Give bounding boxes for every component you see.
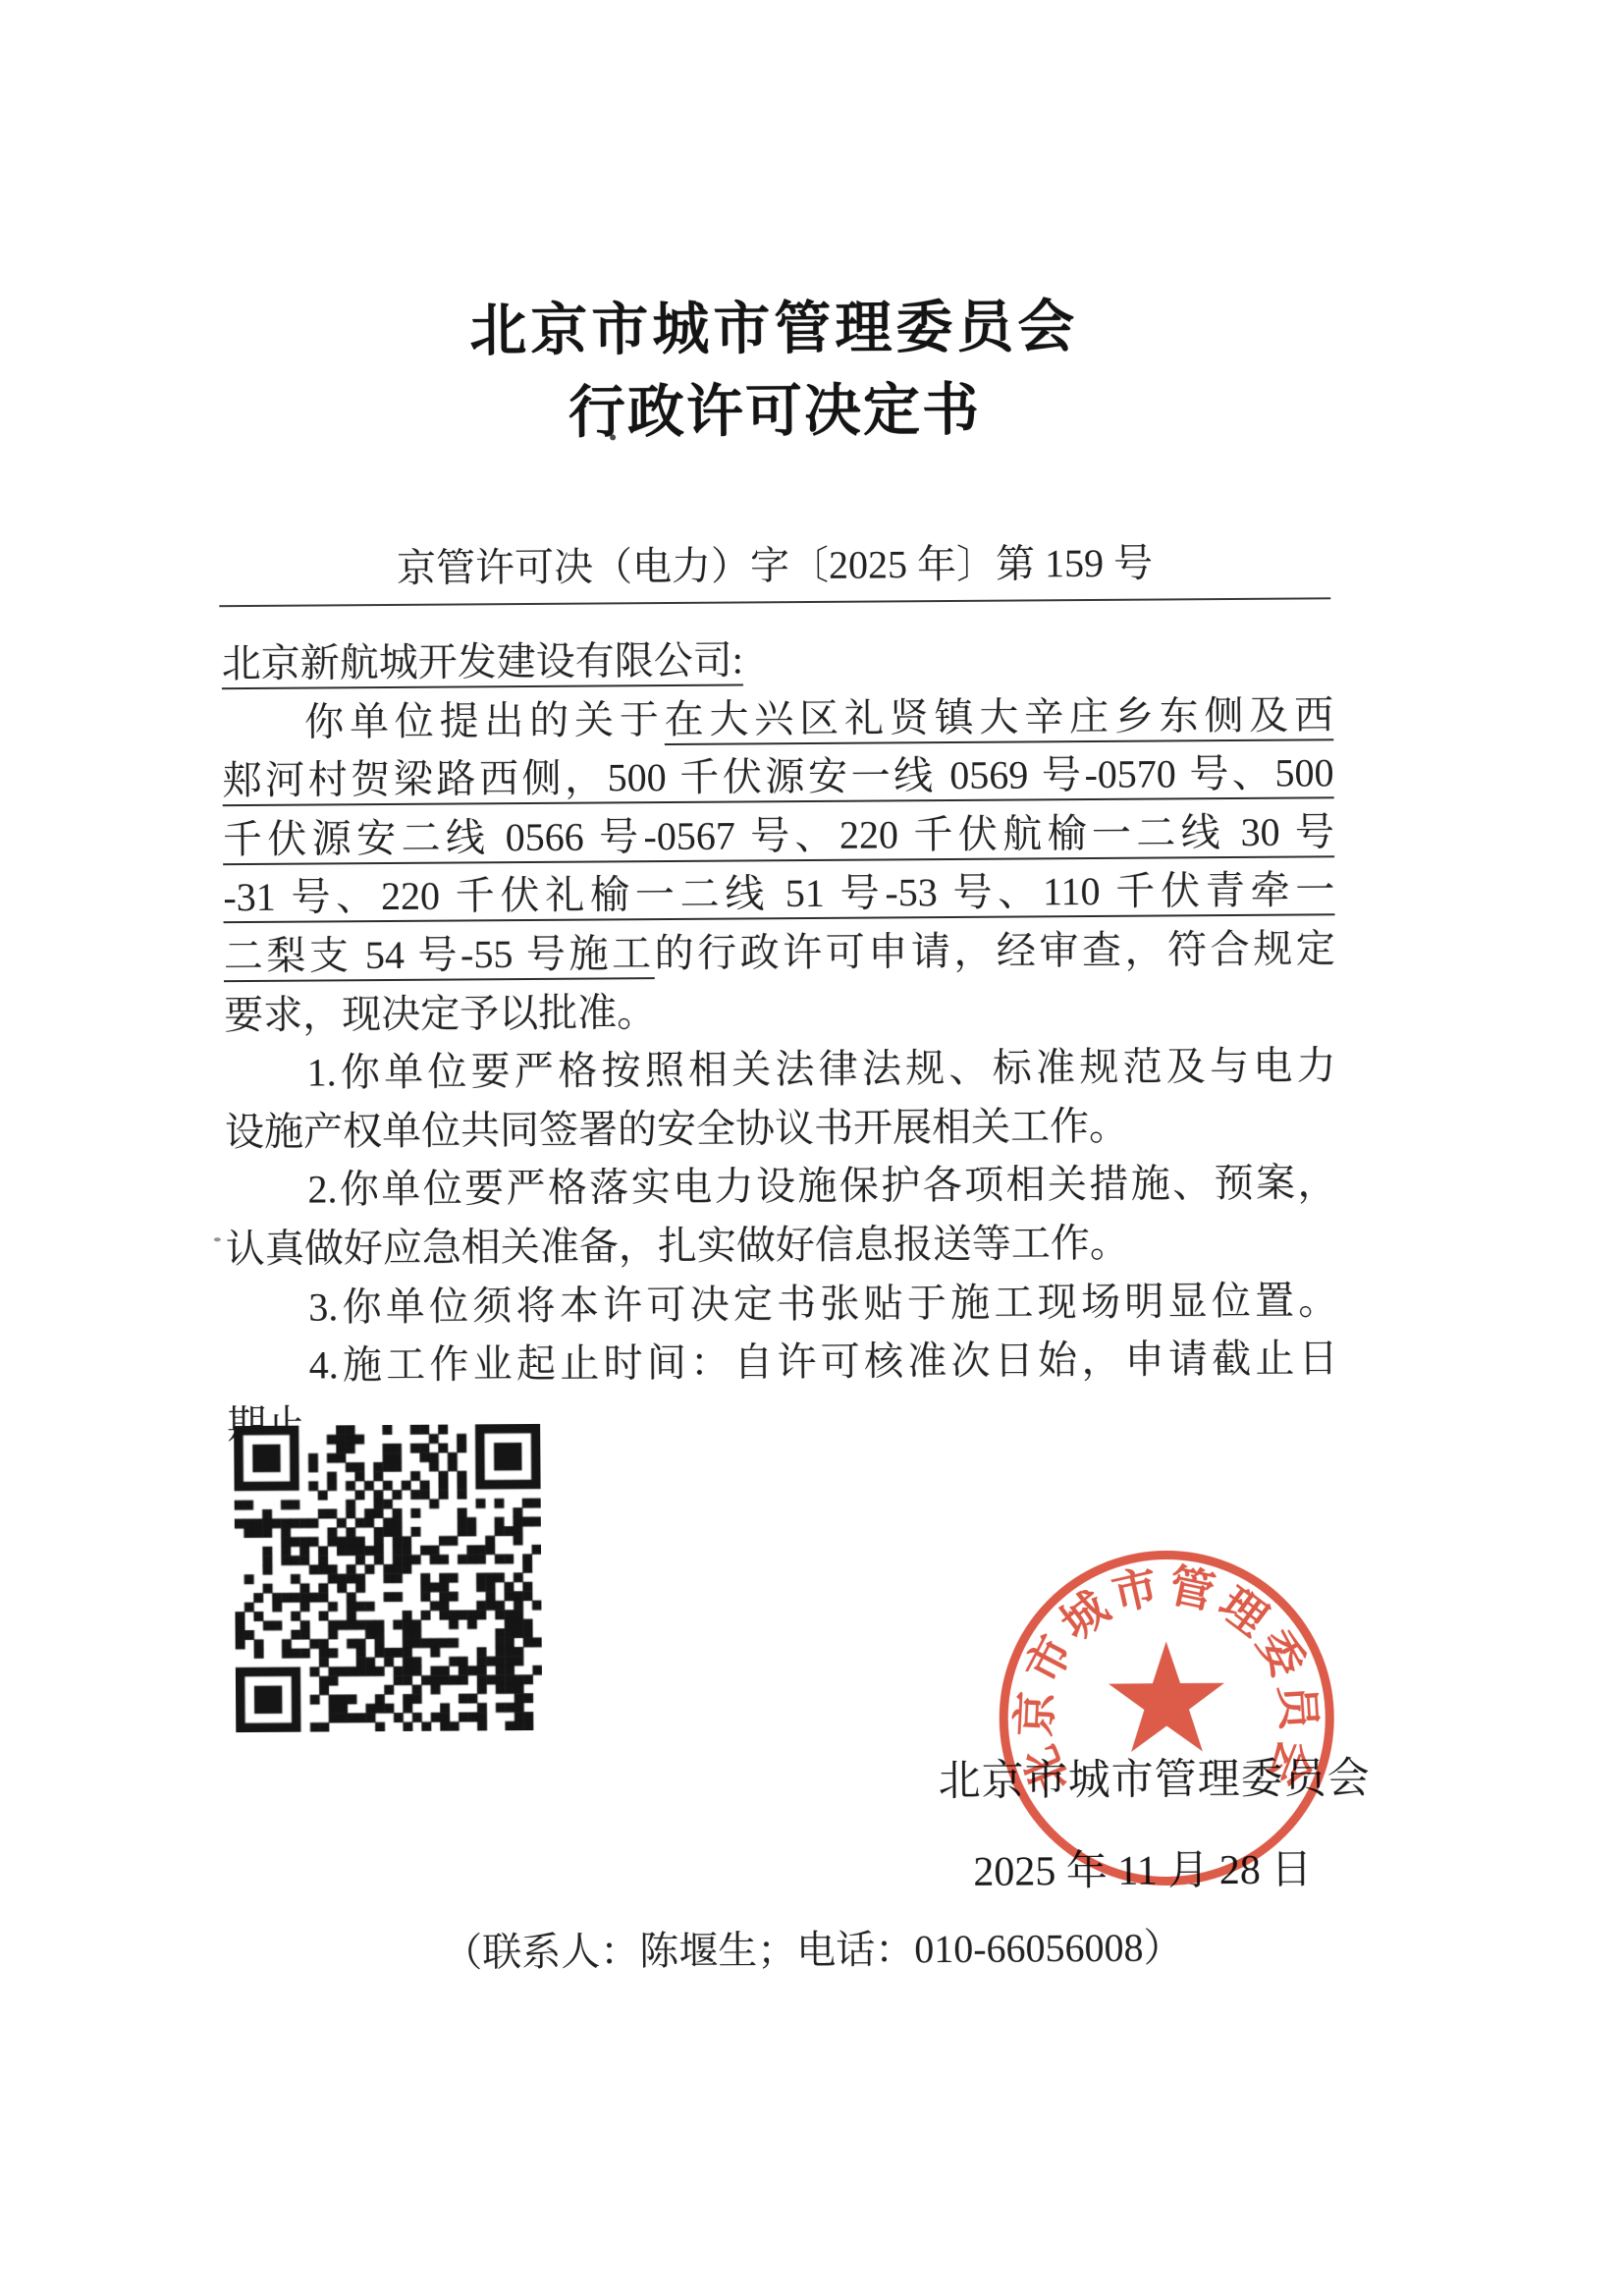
body-line: 你单位提出的关于在大兴区礼贤镇大辛庄乡东侧及西 [222,685,1333,751]
body-line: 二梨支 54 号-55 号施工的行政许可申请，经审查，符合规定 [224,919,1335,985]
underlined-text: 千伏源安二线 0566 号-0567 号、220 千伏航榆一二线 30 号 [223,809,1334,861]
page-title-doc-type: 行政许可决定书 [220,373,1329,450]
underlined-text: 郏河村贺梁路西侧，500 千伏源安一线 0569 号-0570 号、500 [222,750,1333,802]
doc-number: 京管许可决（电力）字〔2025 年〕第 159 号 [219,534,1330,607]
body-line: 要求，现决定予以批准。 [224,978,1335,1044]
body-line: 郏河村贺梁路西侧，500 千伏源安一线 0569 号-0570 号、500 [222,743,1333,809]
plain-text: 要求，现决定予以批准。 [224,990,656,1037]
scan-speck [214,1237,221,1241]
underlined-text: 北京新航城开发建设有限公司: [222,637,743,685]
body-line: 设施产权单位共同签署的安全协议书开展相关工作。 [225,1095,1336,1161]
plain-text: 1.你单位要严格按照相关法律法规、标准规范及与电力 [306,1043,1335,1094]
scanned-sheet: 北京市城市管理委员会 行政许可决定书 京管许可决（电力）字〔2025 年〕第 1… [0,0,1623,2296]
body-line: 4.施工作业起止时间：自许可核准次日始，申请截止日 [227,1329,1338,1394]
contact-line: （联系人：陈堰生；电话：010-66056008） [231,1921,1395,1980]
body-line: -31 号、220 千伏礼榆一二线 51 号-53 号、110 千伏青牵一 [223,861,1334,927]
underlined-text: 在大兴区礼贤镇大辛庄乡东侧及西 [665,692,1334,741]
underlined-text: 二梨支 54 号-55 号施工 [224,931,655,978]
plain-text: 你单位提出的关于 [304,697,665,744]
seal-star [1109,1641,1225,1752]
body-text: 北京新航城开发建设有限公司:你单位提出的关于在大兴区礼贤镇大辛庄乡东侧及西郏河村… [222,627,1339,1453]
document-page: 北京市城市管理委员会 行政许可决定书 京管许可决（电力）字〔2025 年〕第 1… [0,0,1623,2296]
scan-speck [610,434,616,440]
body-line: 3.你单位须将本许可决定书张贴于施工现场明显位置。 [226,1271,1337,1337]
plain-text: 的行政许可申请，经审查，符合规定 [654,926,1335,975]
plain-text: 2.你单位要严格落实电力设施保护各项相关措施、预案， [307,1161,1336,1212]
body-line: 1.你单位要严格按照相关法律法规、标准规范及与电力 [224,1036,1335,1102]
official-seal: 北京市城市管理委员会 [984,1535,1350,1901]
qr-code [234,1424,542,1732]
underlined-text: -31 号、220 千伏礼榆一二线 51 号-53 号、110 千伏青牵一 [223,868,1334,920]
plain-text: 3.你单位须将本许可决定书张贴于施工现场明显位置。 [308,1278,1337,1329]
plain-text: 认真做好应急相关准备，扎实做好信息报送等工作。 [226,1221,1129,1271]
plain-text: 设施产权单位共同签署的安全协议书开展相关工作。 [225,1103,1128,1153]
plain-text: 4.施工作业起止时间：自许可核准次日始，申请截止日 [309,1336,1338,1387]
body-line: 北京新航城开发建设有限公司: [222,627,1333,692]
body-line: 2.你单位要严格落实电力设施保护各项相关措施、预案， [225,1154,1336,1220]
body-line: 千伏源安二线 0566 号-0567 号、220 千伏航榆一二线 30 号 [223,802,1334,868]
body-line: 认真做好应急相关准备，扎实做好信息报送等工作。 [226,1212,1337,1278]
page-title-org: 北京市城市管理委员会 [219,291,1328,367]
